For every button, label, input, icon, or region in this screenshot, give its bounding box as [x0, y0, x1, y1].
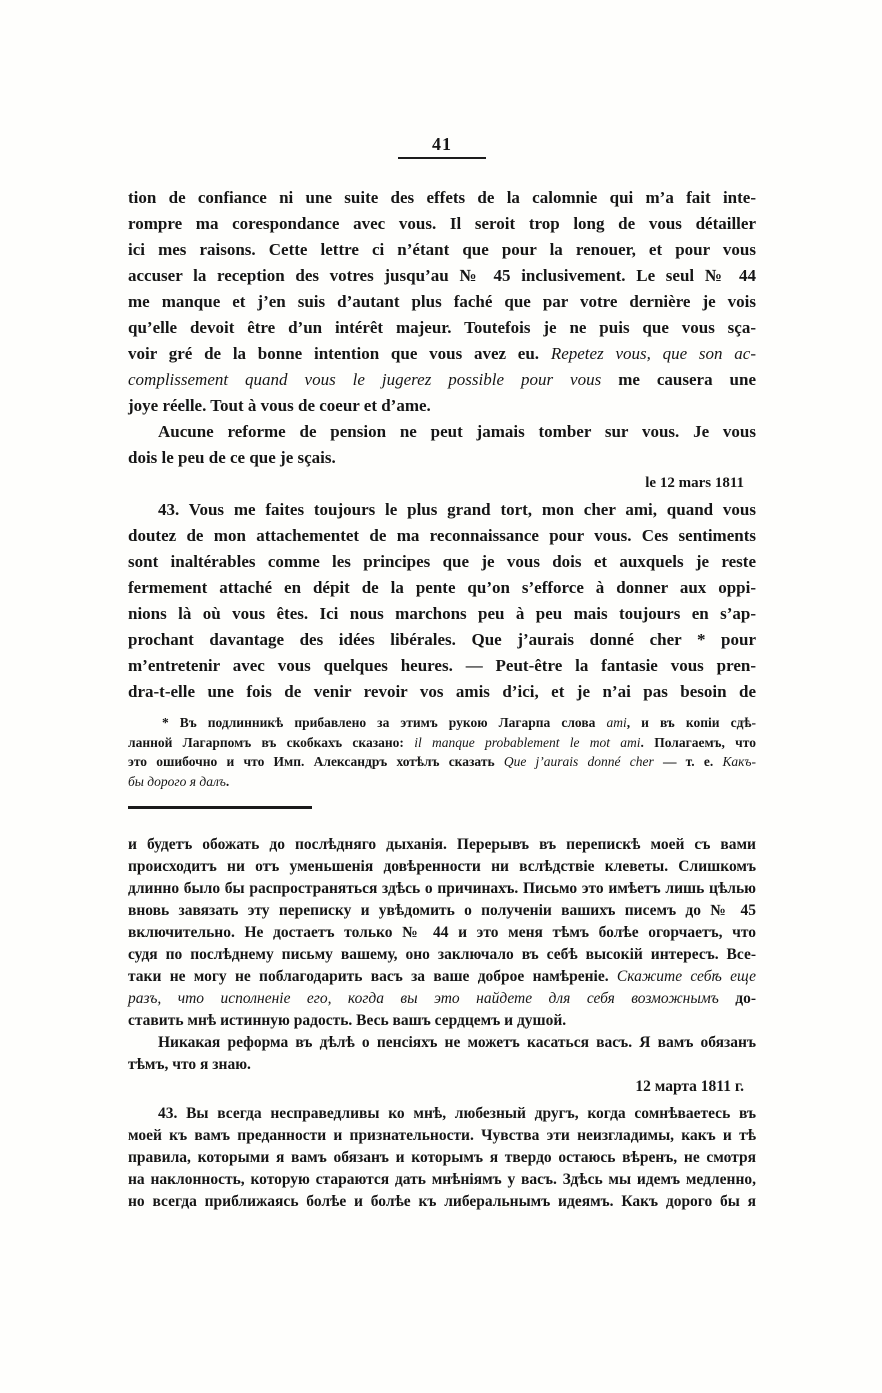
text-line: dra-t-elle une fois de venir revoir vos … — [128, 679, 756, 705]
text-segment: на наклонность, которую стараются дать м… — [128, 1171, 756, 1188]
text-line: fermement attaché en dépit de la pente q… — [128, 575, 756, 601]
text-segment: Aucune reforme de pension ne peut jamais… — [158, 422, 756, 441]
text-segment: 43. Вы всегда несправедливы ко мнѣ, любе… — [158, 1105, 756, 1122]
italic-text: ami — [606, 715, 626, 730]
text-segment: ставить мнѣ истинную радость. Весь вашъ … — [128, 1012, 566, 1029]
text-segment: тѣмъ, что я знаю. — [128, 1056, 251, 1073]
text-segment: voir gré de la bonne intention que vous … — [128, 344, 551, 363]
italic-text: Какъ- — [722, 754, 756, 769]
text-segment: , и въ копіи сдѣ- — [627, 715, 756, 730]
text-segment: моей къ вамъ преданности и признательнос… — [128, 1127, 756, 1144]
text-segment: me manque et j’en suis d’autant plus fac… — [128, 292, 756, 311]
ru-para-opening: и будетъ обожать до послѣдняго дыханія. … — [128, 834, 756, 1032]
text-segment: таки не могу не поблагодарить васъ за ва… — [128, 968, 617, 985]
fr-para-pension: Aucune reforme de pension ne peut jamais… — [128, 419, 756, 471]
text-segment: вновь завязать эту переписку и увѣдомить… — [128, 902, 756, 919]
text-line: tion de confiance ni une suite des effet… — [128, 185, 756, 211]
text-segment: joye réelle. Tout à vous de coeur et d’a… — [128, 396, 431, 415]
text-line: судя по послѣднему письму вашему, оно за… — [128, 944, 756, 966]
text-line: это ошибочно и что Имп. Александръ хотѣл… — [128, 752, 756, 772]
text-segment: ланной Лагарпомъ въ скобкахъ сказано: — [128, 735, 414, 750]
book-page: 41 tion de confiance ni une suite des ef… — [0, 0, 882, 1393]
text-segment: но всегда приближаясь болѣе и болѣе къ л… — [128, 1193, 756, 1210]
text-column: 41 tion de confiance ni une suite des ef… — [128, 0, 756, 1213]
text-segment: dois le peu de ce que je sçais. — [128, 448, 336, 467]
page-number: 41 — [128, 134, 756, 154]
text-line: 43. Вы всегда несправедливы ко мнѣ, любе… — [128, 1103, 756, 1125]
text-segment: qu’elle devoit être d’un intérêt majeur.… — [128, 318, 756, 337]
italic-text: бы дорого я далъ — [128, 774, 226, 789]
text-line: sont inaltérables comme les principes qu… — [128, 549, 756, 575]
text-line: ici mes raisons. Cette lettre ci n’étant… — [128, 237, 756, 263]
text-line: включительно. Не достаетъ только № 44 и … — [128, 922, 756, 944]
text-segment: prochant davantage des idées libérales. … — [128, 630, 756, 649]
footnote-divider — [128, 806, 312, 809]
text-line: complissement quand vous le jugerez poss… — [128, 367, 756, 393]
fr-para-43: 43. Vous me faites toujours le plus gran… — [128, 497, 756, 705]
date-russian: 12 марта 1811 г. — [128, 1076, 756, 1098]
italic-text: il manque probablement le mot ami — [414, 735, 640, 750]
text-segment: правила, которыми я вамъ обязанъ и котор… — [128, 1149, 756, 1166]
text-segment: nions là où vous êtes. Ici nous marchons… — [128, 604, 756, 623]
text-segment: происходитъ ни отъ уменьшенія довѣреннос… — [128, 858, 756, 875]
text-segment: — т. е. — [654, 754, 723, 769]
page-number-rule — [398, 157, 486, 159]
text-line: и будетъ обожать до послѣдняго дыханія. … — [128, 834, 756, 856]
italic-text: complissement quand vous le jugerez poss… — [128, 370, 601, 389]
text-line: бы дорого я далъ. — [128, 772, 756, 792]
text-line: ставить мнѣ истинную радость. Весь вашъ … — [128, 1010, 756, 1032]
text-segment: Никакая реформа въ дѣлѣ о пенсіяхъ не мо… — [158, 1034, 756, 1051]
text-segment: tion de confiance ni une suite des effet… — [128, 188, 756, 207]
text-line: ланной Лагарпомъ въ скобкахъ сказано: il… — [128, 733, 756, 753]
text-line: me manque et j’en suis d’autant plus fac… — [128, 289, 756, 315]
text-segment: судя по послѣднему письму вашему, оно за… — [128, 946, 756, 963]
text-line: * Въ подлинникѣ прибавлено за этимъ руко… — [128, 713, 756, 733]
text-line: но всегда приближаясь болѣе и болѣе къ л… — [128, 1191, 756, 1213]
page-header: 41 — [128, 0, 756, 159]
text-line: на наклонность, которую стараются дать м… — [128, 1169, 756, 1191]
text-segment: до- — [719, 990, 756, 1007]
text-segment: m’entretenir avec vous quelques heures. … — [128, 656, 756, 675]
text-segment: fermement attaché en dépit de la pente q… — [128, 578, 756, 597]
italic-text: Скажите себѣ еще — [617, 968, 756, 985]
italic-text: Repetez vous, que son ac- — [551, 344, 756, 363]
text-line: qu’elle devoit être d’un intérêt majeur.… — [128, 315, 756, 341]
text-line: происходитъ ни отъ уменьшенія довѣреннос… — [128, 856, 756, 878]
text-segment: me causera une — [601, 370, 756, 389]
date-french: le 12 mars 1811 — [128, 473, 756, 493]
text-line: длинно было бы распространяться здѣсь о … — [128, 878, 756, 900]
fr-para-opening: tion de confiance ni une suite des effet… — [128, 185, 756, 419]
text-segment: ici mes raisons. Cette lettre ci n’étant… — [128, 240, 756, 259]
text-line: 43. Vous me faites toujours le plus gran… — [128, 497, 756, 523]
text-line: вновь завязать эту переписку и увѣдомить… — [128, 900, 756, 922]
text-segment: accuser la reception des votres jusqu’au… — [128, 266, 756, 285]
text-line: тѣмъ, что я знаю. — [128, 1054, 756, 1076]
italic-text: разъ, что исполненіе его, когда вы это н… — [128, 990, 719, 1007]
text-segment: и будетъ обожать до послѣдняго дыханія. … — [128, 836, 756, 853]
text-segment: это ошибочно и что Имп. Александръ хотѣл… — [128, 754, 504, 769]
text-segment: длинно было бы распространяться здѣсь о … — [128, 880, 756, 897]
text-segment: rompre ma corespondance avec vous. Il se… — [128, 214, 756, 233]
text-line: nions là où vous êtes. Ici nous marchons… — [128, 601, 756, 627]
text-line: accuser la reception des votres jusqu’au… — [128, 263, 756, 289]
text-segment: . Полагаемъ, что — [641, 735, 756, 750]
text-line: rompre ma corespondance avec vous. Il se… — [128, 211, 756, 237]
text-line: joye réelle. Tout à vous de coeur et d’a… — [128, 393, 756, 419]
text-segment: . — [226, 774, 229, 789]
text-line: моей къ вамъ преданности и признательнос… — [128, 1125, 756, 1147]
text-line: dois le peu de ce que je sçais. — [128, 445, 756, 471]
ru-para-pension: Никакая реформа въ дѣлѣ о пенсіяхъ не мо… — [128, 1032, 756, 1076]
footnote: * Въ подлинникѣ прибавлено за этимъ руко… — [128, 713, 756, 791]
italic-text: Que j’aurais donné cher — [504, 754, 654, 769]
text-line: m’entretenir avec vous quelques heures. … — [128, 653, 756, 679]
text-segment: sont inaltérables comme les principes qu… — [128, 552, 756, 571]
text-segment: doutez de mon attachementet de ma reconn… — [128, 526, 756, 545]
ru-para-43: 43. Вы всегда несправедливы ко мнѣ, любе… — [128, 1103, 756, 1213]
text-line: Aucune reforme de pension ne peut jamais… — [128, 419, 756, 445]
text-segment: dra-t-elle une fois de venir revoir vos … — [128, 682, 756, 701]
text-line: prochant davantage des idées libérales. … — [128, 627, 756, 653]
text-line: Никакая реформа въ дѣлѣ о пенсіяхъ не мо… — [128, 1032, 756, 1054]
text-line: doutez de mon attachementet de ma reconn… — [128, 523, 756, 549]
text-segment: включительно. Не достаетъ только № 44 и … — [128, 924, 756, 941]
text-line: таки не могу не поблагодарить васъ за ва… — [128, 966, 756, 988]
text-line: voir gré de la bonne intention que vous … — [128, 341, 756, 367]
text-line: правила, которыми я вамъ обязанъ и котор… — [128, 1147, 756, 1169]
text-segment: 43. Vous me faites toujours le plus gran… — [158, 500, 756, 519]
text-line: разъ, что исполненіе его, когда вы это н… — [128, 988, 756, 1010]
text-segment: * Въ подлинникѣ прибавлено за этимъ руко… — [162, 715, 606, 730]
